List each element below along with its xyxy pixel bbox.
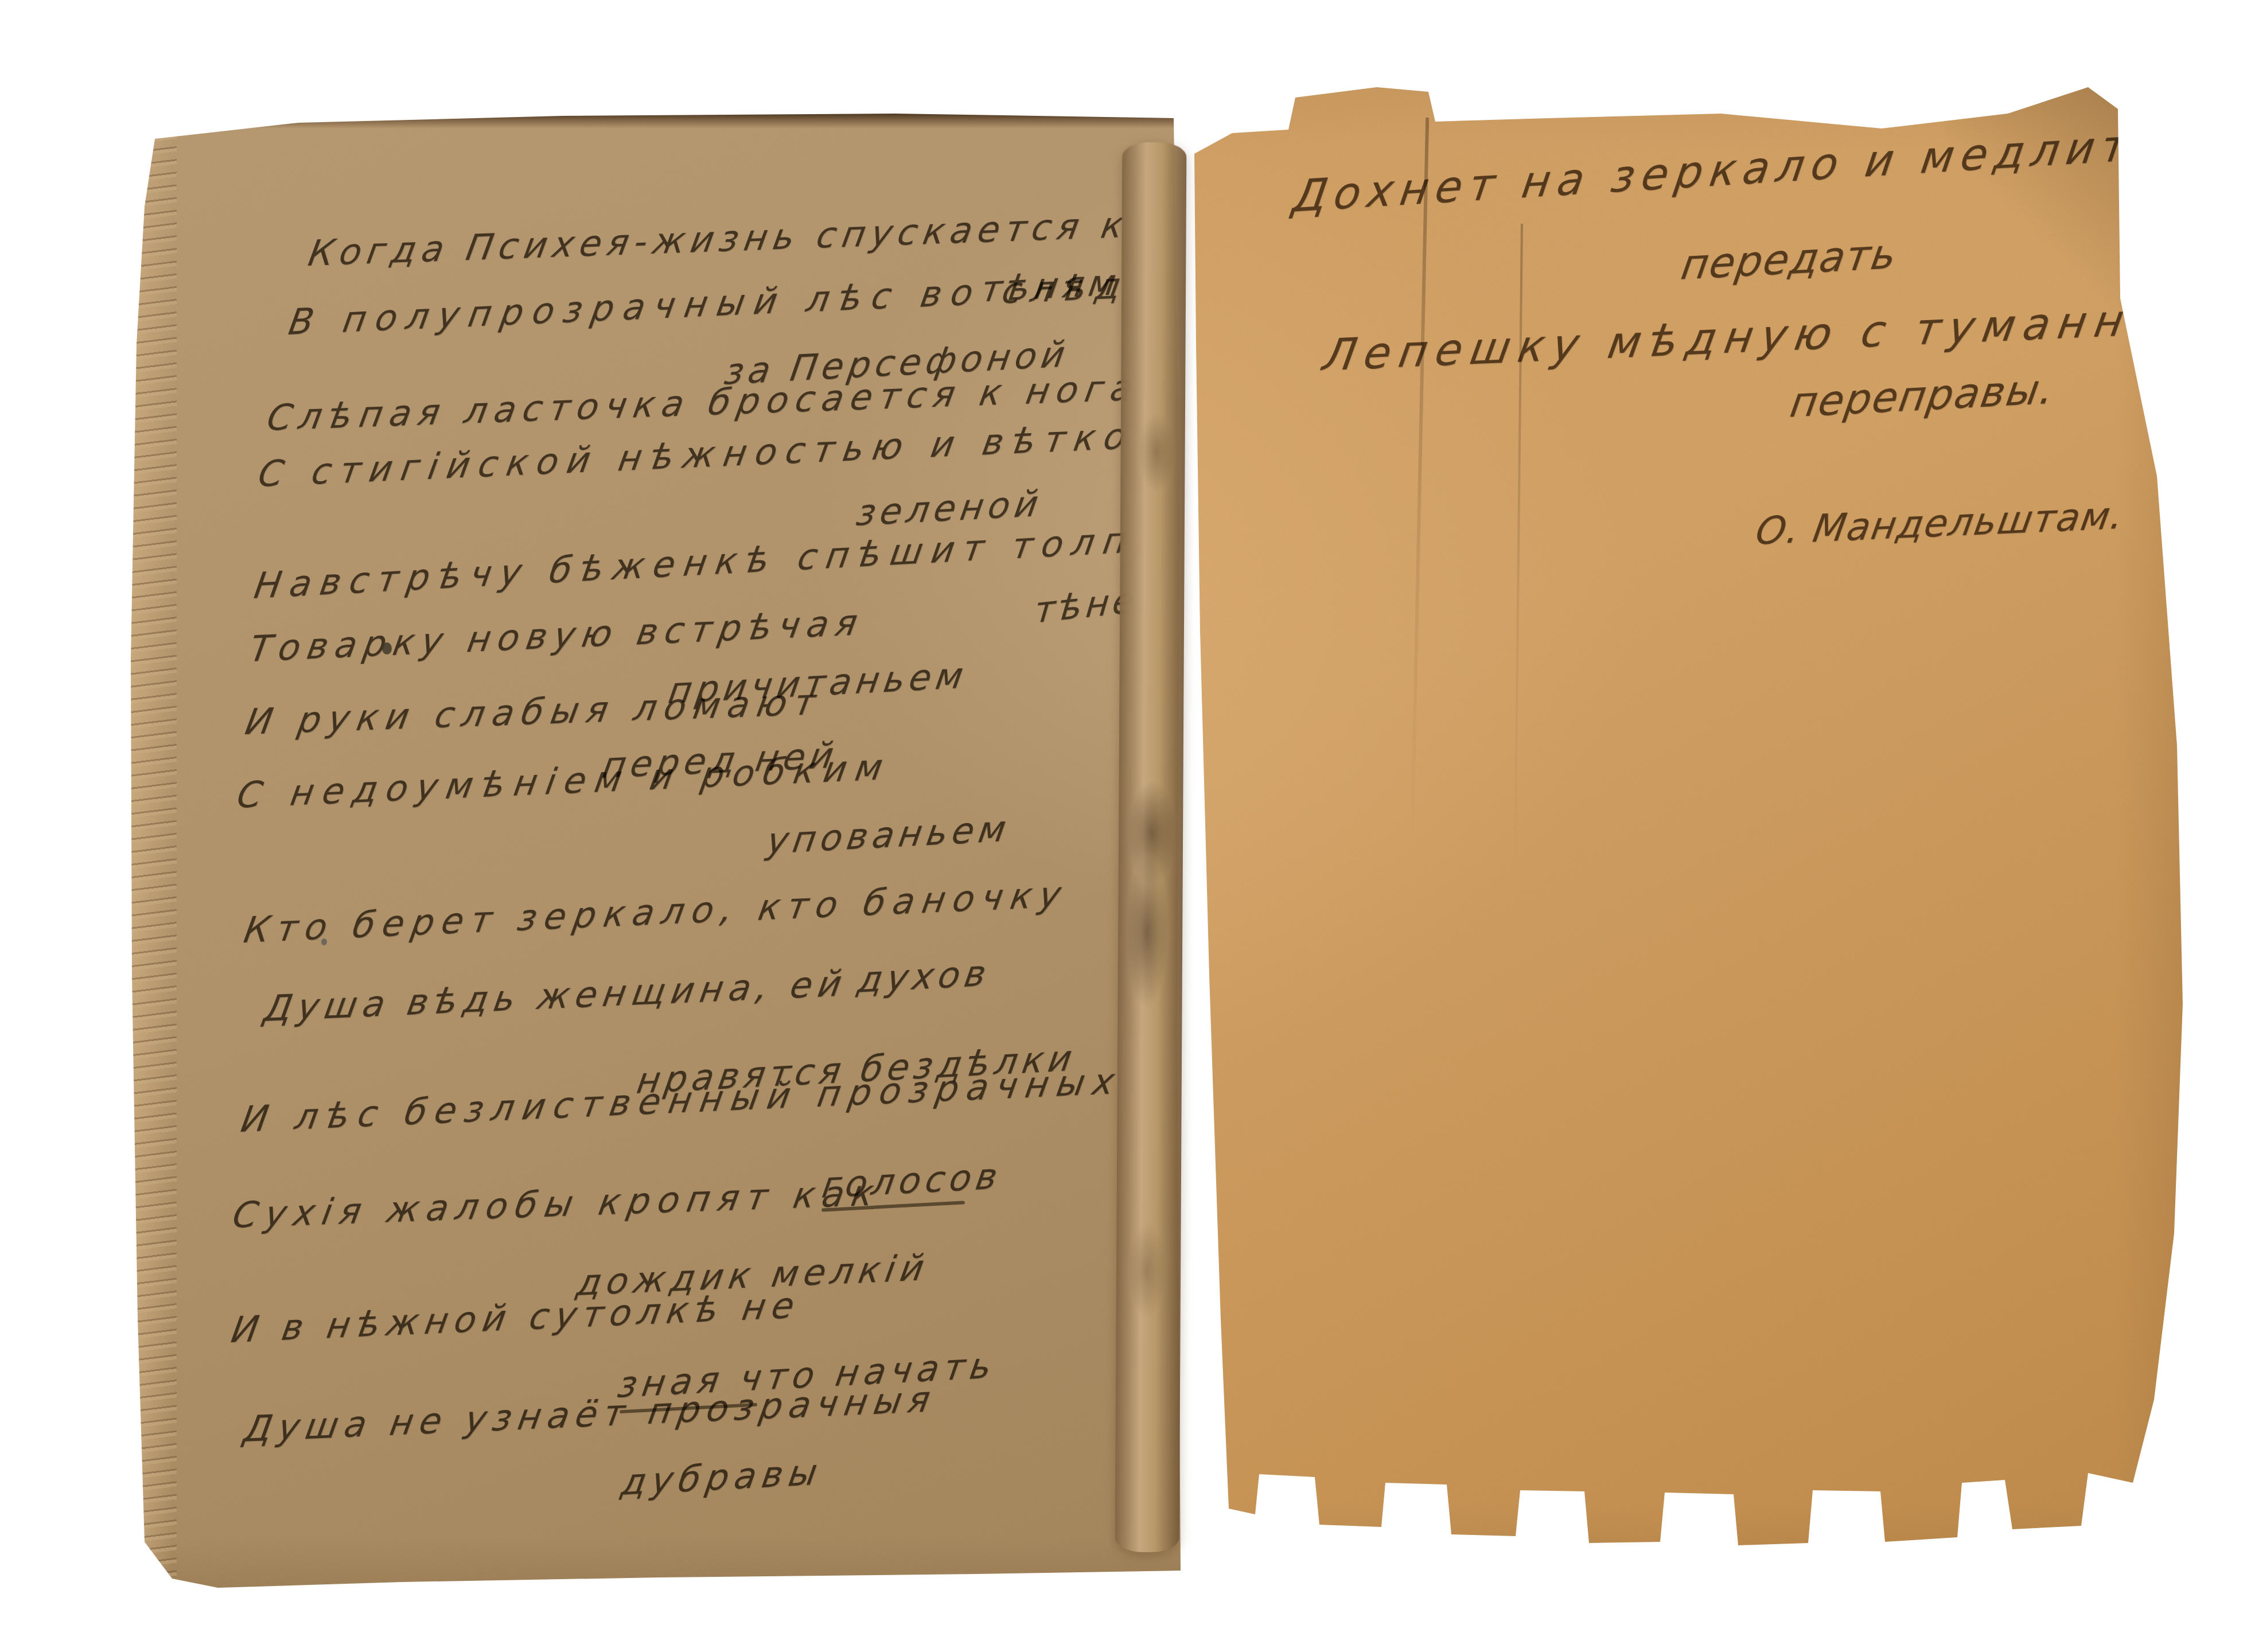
poem-line: Кто берет зеркало, кто баночку <box>241 873 1072 951</box>
poem-line: Когда Психея-жизнь спускается к <box>305 204 1132 274</box>
poem-line-continuation: дубравы <box>618 1451 826 1503</box>
author-signature: О. Мандельштам. <box>1752 493 2128 554</box>
ink-blot <box>321 938 327 945</box>
poem-line-continuation: упованьем <box>764 807 1014 862</box>
poem-line-continuation: переправы. <box>1787 364 2058 427</box>
poem-line: Лепешку мѣдную с туманной <box>1319 291 2207 381</box>
poem-line: С недоумѣніем и робким <box>234 746 894 816</box>
poem-line: Душа не узнаёт прозрачныя <box>241 1378 940 1450</box>
manuscript-photo: Когда Психея-жизнь спускается к тѣням В … <box>0 0 2251 1652</box>
poem-line: Сухія жалобы кропят как <box>229 1171 885 1236</box>
poem-line-continuation: духов <box>855 952 994 1001</box>
poem-line: Навстрѣчу бѣженкѣ спѣшит толпа <box>251 517 1169 607</box>
paper-crease <box>1411 118 1429 840</box>
ink-blot <box>382 642 392 654</box>
poem-line: В полупрозрачный лѣс во слѣд <box>286 264 1134 343</box>
spine-binding-tape <box>1115 142 1187 1553</box>
poem-line: И руки слабыя ломают <box>242 680 826 743</box>
poem-line: Душа вѣдь женщина, ей <box>261 962 851 1030</box>
poem-line: И в нѣжной сутолкѣ не <box>228 1284 804 1351</box>
poem-line: Товарку новую встрѣчая <box>247 601 867 670</box>
poem-line-continuation: передать <box>1678 229 1901 289</box>
